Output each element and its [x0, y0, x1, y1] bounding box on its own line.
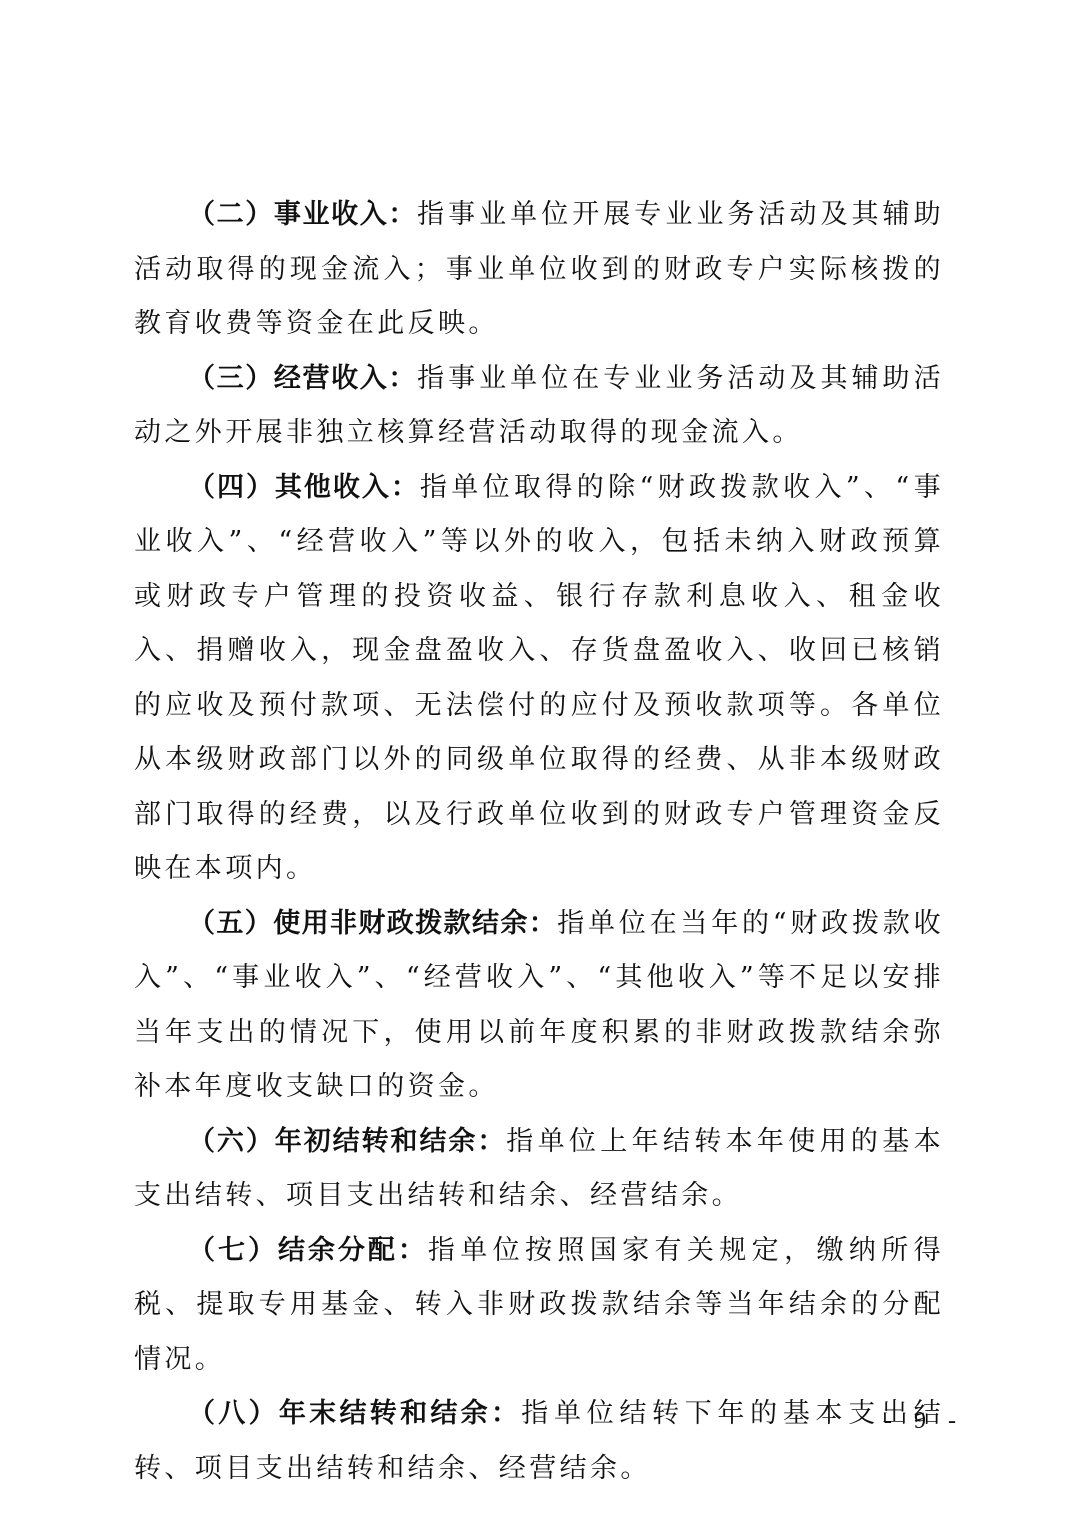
paragraph-non-fiscal-surplus: （五）使用非财政拨款结余：指单位在当年的“财政拨款收入”、“事业收入”、“经营收…: [134, 897, 944, 1115]
paragraph-heading: （八）年末结转和结余：: [188, 1398, 521, 1429]
paragraph-heading: （五）使用非财政拨款结余：: [188, 908, 557, 939]
paragraph-ending-carryover: （八）年末结转和结余：指单位结转下年的基本支出结转、项目支出结转和结余、经营结余…: [134, 1387, 944, 1496]
paragraph-beginning-carryover: （六）年初结转和结余：指单位上年结转本年使用的基本支出结转、项目支出结转和结余、…: [134, 1115, 944, 1224]
paragraph-surplus-distribution: （七）结余分配：指单位按照国家有关规定，缴纳所得税、提取专用基金、转入非财政拨款…: [134, 1224, 944, 1388]
paragraph-business-income: （二）事业收入：指事业单位开展专业业务活动及其辅助活动取得的现金流入；事业单位收…: [134, 188, 944, 352]
paragraph-heading: （四）其他收入：: [188, 472, 420, 503]
paragraph-heading: （六）年初结转和结余：: [188, 1126, 506, 1157]
paragraph-heading: （三）经营收入：: [188, 363, 417, 394]
paragraph-heading: （二）事业收入：: [188, 199, 417, 230]
paragraph-body: 指单位取得的除“财政拨款收入”、“事业收入”、“经营收入”等以外的收入，包括未纳…: [134, 472, 944, 885]
paragraph-operating-income: （三）经营收入：指事业单位在专业业务活动及其辅助活动之外开展非独立核算经营活动取…: [134, 352, 944, 461]
page-number: - 9 -: [884, 1408, 964, 1435]
paragraph-heading: （七）结余分配：: [188, 1235, 428, 1266]
document-page: （二）事业收入：指事业单位开展专业业务活动及其辅助活动取得的现金流入；事业单位收…: [134, 188, 944, 1496]
paragraph-other-income: （四）其他收入：指单位取得的除“财政拨款收入”、“事业收入”、“经营收入”等以外…: [134, 461, 944, 897]
